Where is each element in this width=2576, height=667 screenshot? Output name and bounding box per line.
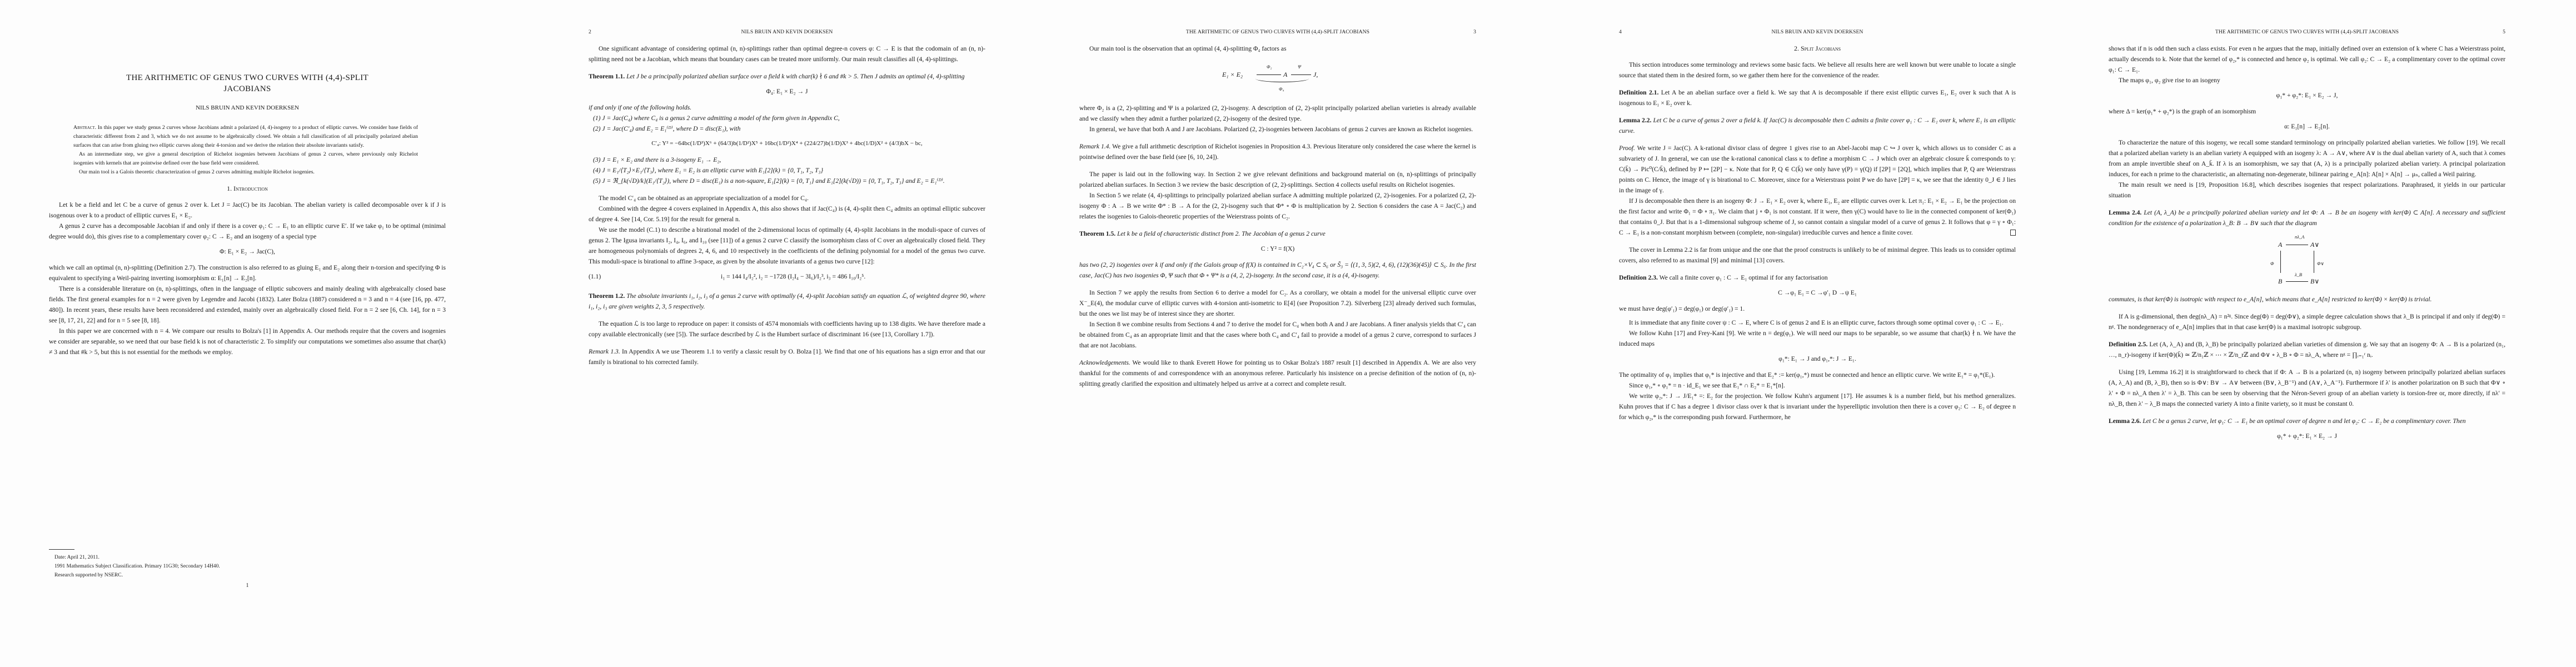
lemma-2-6: Lemma 2.6. Let C be a genus 2 curve, let… bbox=[2109, 416, 2505, 426]
remark-text: We give a full arithmetic description of… bbox=[1079, 143, 1476, 161]
page-2: 2 NILS BRUIN AND KEVIN DOERKSEN One sign… bbox=[515, 0, 1030, 667]
lemma-label: Lemma 2.4. bbox=[2109, 209, 2141, 216]
acknowledgements: Acknowledgements. We would like to thank… bbox=[1079, 357, 1476, 389]
diagram-node-b: B bbox=[2278, 276, 2282, 287]
diagram-label-top: nλ_A bbox=[2295, 232, 2304, 242]
paragraph: The model C′₄ can be obtained as an appr… bbox=[589, 193, 985, 203]
page-number: 5 bbox=[2503, 29, 2505, 35]
paragraph: A genus 2 curve has a decomposable Jacob… bbox=[49, 221, 446, 242]
paragraph: Our main tool is the observation that an… bbox=[1079, 43, 1476, 54]
definition-2-5: Definition 2.5. Let (A, λ_A) and (B, λ_B… bbox=[2109, 339, 2505, 360]
display-equation: C : Y² = f(X) bbox=[1079, 243, 1476, 254]
equation-content: i₁ = 144 I₄/I₂², i₂ = −1728 (I₂I₄ − 3I₆)… bbox=[721, 273, 865, 280]
page-body: 2. Split Jacobians This section introduc… bbox=[1619, 43, 2016, 422]
theorem-label: Theorem 1.1. bbox=[589, 73, 625, 80]
proof-paragraph: If J is decomposable then there is an is… bbox=[1619, 196, 2016, 238]
introduction: 1. Introduction Let k be a field and let… bbox=[49, 183, 446, 357]
paragraph: If A is g-dimensional, then deg(nλ_A) = … bbox=[2109, 311, 2505, 332]
section-heading: 2. Split Jacobians bbox=[1619, 43, 2016, 54]
paragraph: where Δ = ker(φ₁* + φ₂*) is the graph of… bbox=[2109, 106, 2505, 117]
paragraph: In this paper we are concerned with n = … bbox=[49, 326, 446, 357]
arrow-down-icon bbox=[2280, 251, 2281, 273]
diagram-label-phi4: Φ₄ bbox=[1279, 84, 1284, 94]
paragraph: We follow Kuhn [17] and Frey-Kani [9]. W… bbox=[1619, 328, 2016, 349]
page-1: THE ARITHMETIC OF GENUS TWO CURVES WITH … bbox=[0, 0, 515, 667]
lemma-label: Lemma 2.2. bbox=[1619, 117, 1651, 124]
section-heading: 1. Introduction bbox=[49, 183, 446, 194]
arrow-up-icon bbox=[2314, 251, 2314, 273]
diagram-label-left: Φ bbox=[2270, 258, 2274, 269]
diagram-label-right: Φ∨ bbox=[2317, 258, 2324, 269]
display-equation: Φ: E₁ × E₂ → Jac(C), bbox=[49, 246, 446, 257]
lemma-2-2: Lemma 2.2. Let C be a curve of genus 2 o… bbox=[1619, 115, 2016, 136]
lemma-text: Let (A, λ_A) be a principally polarized … bbox=[2109, 209, 2505, 227]
theorem-label: Theorem 1.5. bbox=[1079, 230, 1115, 237]
paragraph: We write φ₂,*: J → J/E₁* =: E₂ for the p… bbox=[1619, 391, 2016, 422]
paragraph: One significant advantage of considering… bbox=[589, 43, 985, 64]
page-body: shows that if n is odd then such a class… bbox=[2109, 43, 2505, 447]
abstract-paragraph: Our main tool is a Galois theoretic char… bbox=[73, 168, 418, 177]
theorem-item: (1) J = Jac(C₄) where C₄ is a genus 2 cu… bbox=[603, 113, 985, 123]
running-title: NILS BRUIN AND KEVIN DOERKSEN bbox=[589, 29, 985, 35]
diagram-label-psi: Ψ bbox=[1298, 62, 1301, 72]
display-equation: α: E₁[n] → E₂[n]. bbox=[2109, 121, 2505, 132]
abstract-label: Abstract. bbox=[73, 125, 96, 131]
arrow-right-icon bbox=[2286, 281, 2308, 282]
paragraph: This section introduces some terminology… bbox=[1619, 59, 2016, 81]
footnote-rule bbox=[49, 549, 74, 550]
definition-label: Definition 2.1. bbox=[1619, 89, 1658, 96]
paper-title: THE ARITHMETIC OF GENUS TWO CURVES WITH … bbox=[49, 72, 446, 94]
theorem-text-continued: has two (2, 2) isogenies over k if and o… bbox=[1079, 260, 1476, 281]
running-title: THE ARITHMETIC OF GENUS TWO CURVES WITH … bbox=[2109, 29, 2505, 35]
lemma-text: Let C be a curve of genus 2 over a field… bbox=[1619, 117, 2016, 135]
acknowledgements-label: Acknowledgements. bbox=[1079, 359, 1130, 366]
page-body: Our main tool is the observation that an… bbox=[1079, 43, 1476, 389]
authors: NILS BRUIN AND KEVIN DOERKSEN bbox=[49, 104, 446, 111]
display-equation: φ₁* + φ₂*: E₁ × E₂ → J, bbox=[2109, 90, 2505, 101]
definition-label: Definition 2.5. bbox=[2109, 341, 2148, 348]
paragraph: shows that if n is odd then such a class… bbox=[2109, 43, 2505, 75]
paragraph: In general, we have that both A and J ar… bbox=[1079, 124, 1476, 135]
lemma-text: Let C be a genus 2 curve, let φ₁: C → E₁… bbox=[2142, 417, 2465, 425]
page-3: THE ARITHMETIC OF GENUS TWO CURVES WITH … bbox=[1030, 0, 1546, 667]
diagram-node-b-dual: B∨ bbox=[2310, 276, 2319, 287]
equation-number: (1.1) bbox=[589, 271, 601, 282]
definition-text: Let (A, λ_A) and (B, λ_B) be principally… bbox=[2109, 341, 2505, 359]
paragraph: In Section 5 we relate (4, 4)-splittings… bbox=[1079, 190, 1476, 222]
title-line-2: JACOBIANS bbox=[49, 83, 446, 94]
definition-text: We call a finite cover φ₁ : C → E₁ optim… bbox=[1660, 274, 1828, 281]
paragraph: It is immediate that any finite cover ψ … bbox=[1619, 317, 2016, 328]
theorem-1-5: Theorem 1.5. Let k be a field of charact… bbox=[1079, 228, 1476, 239]
diagram-node-a: A bbox=[2278, 240, 2282, 250]
title-line-1: THE ARITHMETIC OF GENUS TWO CURVES WITH … bbox=[49, 72, 446, 83]
abstract: Abstract. In this paper we study genus 2… bbox=[73, 123, 418, 177]
paragraph: The paper is laid out in the following w… bbox=[1079, 169, 1476, 190]
paragraph: The equation ℒ is too large to reproduce… bbox=[589, 318, 985, 340]
definition-2-1: Definition 2.1. Let A be an abelian surf… bbox=[1619, 87, 2016, 108]
paragraph: The maps φ₁, φ₂ give rise to an isogeny bbox=[2109, 75, 2505, 86]
paragraph: Let k be a field and let C be a curve of… bbox=[49, 200, 446, 221]
numbered-equation: (1.1) i₁ = 144 I₄/I₂², i₂ = −1728 (I₂I₄ … bbox=[589, 271, 985, 282]
factorization-diagram: E₁ × E₂ Φ₂ A Ψ J, Φ₄ bbox=[1222, 62, 1333, 93]
paragraph: which we call an optimal (n, n)-splittin… bbox=[49, 262, 446, 283]
page-4: 4 NILS BRUIN AND KEVIN DOERKSEN 2. Split… bbox=[1546, 0, 2061, 667]
paragraph: Combined with the degree 4 covers explai… bbox=[589, 203, 985, 225]
abstract-paragraph: As an intermediate step, we give a gener… bbox=[73, 150, 418, 168]
display-equation: C′₄: Y² = −64bc(1/D³)X⁶ + (64/3)b(1/D²)X… bbox=[589, 138, 985, 149]
paragraph: Using [19, Lemma 16.2] it is straightfor… bbox=[2109, 367, 2505, 409]
diagram-node-j: J, bbox=[1313, 69, 1318, 80]
paragraph: The main result we need is [19, Proposit… bbox=[2109, 180, 2505, 201]
commutative-square-diagram: A nλ_A A∨ Φ Φ∨ B λ_B B∨ bbox=[2274, 232, 2340, 290]
display-equation: Φ₄: E₁ × E₂ → J bbox=[589, 86, 985, 97]
theorem-item: (3) J = E₁ × E₂ and there is a 3-isogeny… bbox=[603, 155, 985, 165]
proof: Proof. We write J = Jac(C). A k-rational… bbox=[1619, 143, 2016, 196]
theorem-item: (2) J = Jac(C′₄) and E₂ = E₁⁽ᴰ⁾, where D… bbox=[603, 123, 985, 134]
page-body: One significant advantage of considering… bbox=[589, 43, 985, 367]
theorem-1-1: Theorem 1.1. Let J be a principally pola… bbox=[589, 71, 985, 82]
theorem-label: Theorem 1.2. bbox=[589, 292, 625, 300]
paragraph: In Section 8 we combine results from Sec… bbox=[1079, 319, 1476, 351]
remark-1-3: Remark 1.3. In Appendix A we use Theorem… bbox=[589, 346, 985, 367]
remark-1-4: Remark 1.4. We give a full arithmetic de… bbox=[1079, 141, 1476, 162]
proof-text: We write J = Jac(C). A k-rational diviso… bbox=[1619, 145, 2016, 194]
paragraph: we must have deg(φ′₁) = deg(φ₁) or deg(φ… bbox=[1619, 303, 2016, 314]
paragraph: In Section 7 we apply the results from S… bbox=[1079, 287, 1476, 319]
running-title: NILS BRUIN AND KEVIN DOERKSEN bbox=[1619, 29, 2016, 35]
definition-text: Let A be an abelian surface over a field… bbox=[1619, 89, 2016, 107]
page-number: 3 bbox=[1473, 29, 1476, 35]
lemma-text-continued: commutes, is that ker(Φ) is isotropic wi… bbox=[2109, 294, 2505, 305]
theorem-condition: if and only if one of the following hold… bbox=[589, 102, 985, 113]
lemma-label: Lemma 2.6. bbox=[2109, 417, 2141, 425]
definition-label: Definition 2.3. bbox=[1619, 274, 1658, 281]
paragraph: Since φ₁,* ∘ φ₁* = n · id_E₁ we see that… bbox=[1619, 380, 2016, 391]
theorem-item: (4) J = E₁/⟨T₂⟩×E₁/⟨T₃⟩, where E₁ = E₂ i… bbox=[603, 165, 985, 176]
running-title: THE ARITHMETIC OF GENUS TWO CURVES WITH … bbox=[1079, 29, 1476, 35]
arrow-right-icon bbox=[2286, 245, 2308, 245]
page-number: 1 bbox=[49, 583, 446, 589]
footnote-msc: 1991 Mathematics Subject Classification.… bbox=[49, 562, 446, 571]
abstract-text: In this paper we study genus 2 curves wh… bbox=[73, 125, 418, 148]
theorem-text: Let J be a principally polarized abelian… bbox=[626, 73, 964, 80]
abstract-paragraph: Abstract. In this paper we study genus 2… bbox=[73, 123, 418, 150]
theorem-text: The absolute invariants i₁, i₂, i₃ of a … bbox=[589, 292, 985, 310]
acknowledgements-text: We would like to thank Everett Howe for … bbox=[1079, 359, 1476, 387]
curved-arrow-icon bbox=[1255, 75, 1309, 82]
paragraph: where Φ₂ is a (2, 2)-splitting and Ψ is … bbox=[1079, 103, 1476, 124]
page-5: THE ARITHMETIC OF GENUS TWO CURVES WITH … bbox=[2061, 0, 2576, 667]
remark-label: Remark 1.4. bbox=[1079, 143, 1110, 150]
lemma-2-4: Lemma 2.4. Let (A, λ_A) be a principally… bbox=[2109, 207, 2505, 228]
paragraph: The optimality of φ₁ implies that φ₁* is… bbox=[1619, 370, 2016, 380]
remark-text: In Appendix A we use Theorem 1.1 to veri… bbox=[589, 348, 985, 366]
definition-2-3: Definition 2.3. We call a finite cover φ… bbox=[1619, 272, 2016, 283]
proof-text: If J is decomposable then there is an is… bbox=[1619, 197, 2016, 236]
footnotes: Date: April 21, 2011. 1991 Mathematics S… bbox=[49, 549, 446, 580]
footnote-date: Date: April 21, 2011. bbox=[49, 553, 446, 562]
paragraph: The cover in Lemma 2.2 is far from uniqu… bbox=[1619, 245, 2016, 266]
paragraph: There is a considerable literature on (n… bbox=[49, 283, 446, 326]
theorem-item: (5) J = ℜ_{k(√D)/k}(E₁/⟨T₂⟩), where D = … bbox=[603, 176, 985, 186]
theorem-1-2: Theorem 1.2. The absolute invariants i₁,… bbox=[589, 291, 985, 312]
paragraph: To characterize the nature of this isoge… bbox=[2109, 137, 2505, 180]
theorem-text: Let k be a field of characteristic disti… bbox=[1117, 230, 1326, 237]
display-equation: φ₁* + φ₂*: E₁ × E₂ → J bbox=[2109, 431, 2505, 441]
remark-label: Remark 1.3. bbox=[589, 348, 620, 355]
qed-square-icon bbox=[2010, 230, 2016, 236]
diagram-label-bottom: λ_B bbox=[2295, 270, 2302, 280]
footnote-funding: Research supported by NSERC. bbox=[49, 571, 446, 580]
paragraph: We use the model (C.1) to describe a bir… bbox=[589, 225, 985, 267]
diagram-node-product: E₁ × E₂ bbox=[1222, 69, 1243, 80]
proof-label: Proof. bbox=[1619, 145, 1635, 152]
diagram-node-a-dual: A∨ bbox=[2310, 240, 2319, 250]
display-equation: C →φ₁ E₁ = C →φ′₁ D →ψ E₁ bbox=[1619, 287, 2016, 298]
display-equation: φ₁*: E₁ → J and φ₁,*: J → E₁. bbox=[1619, 354, 2016, 364]
diagram-label-phi2: Φ₂ bbox=[1267, 62, 1272, 72]
